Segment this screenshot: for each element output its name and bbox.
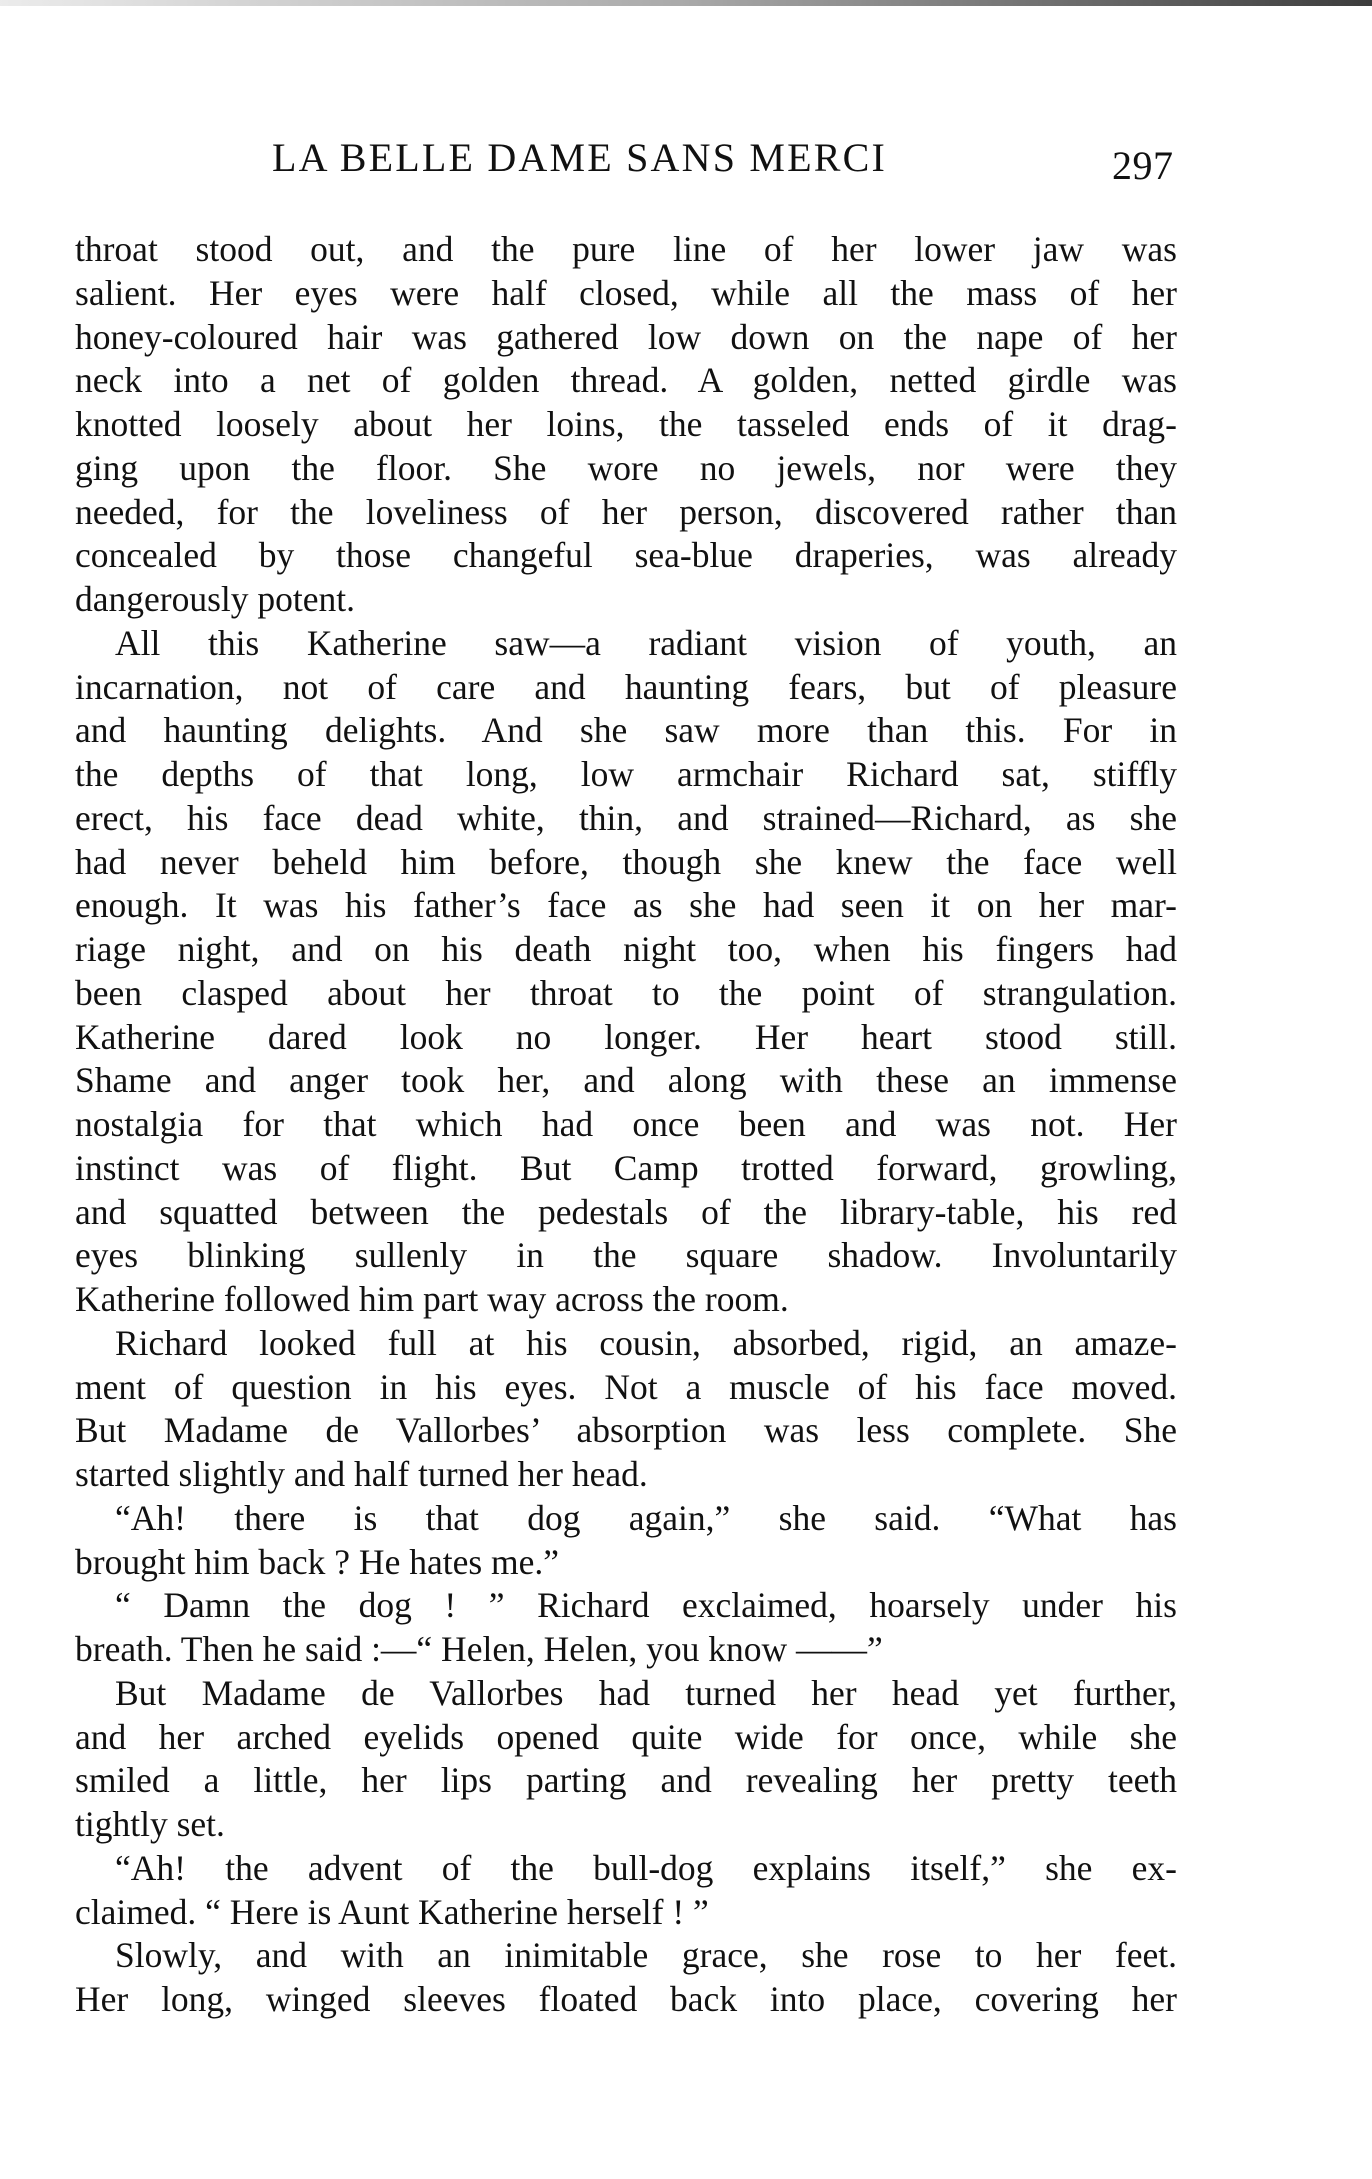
text-line: started slightly and half turned her hea…	[75, 1453, 1177, 1497]
text-line: Shame and anger took her, and along with…	[75, 1059, 1177, 1103]
text-line: dangerously potent.	[75, 578, 1177, 622]
text-line: erect, his face dead white, thin, and st…	[75, 797, 1177, 841]
text-line: brought him back ? He hates me.”	[75, 1541, 1177, 1585]
text-line: and haunting delights. And she saw more …	[75, 709, 1177, 753]
text-line: Slowly, and with an inimitable grace, sh…	[75, 1934, 1177, 1978]
text-line: Katherine dared look no longer. Her hear…	[75, 1016, 1177, 1060]
text-line: But Madame de Vallorbes had turned her h…	[75, 1672, 1177, 1716]
text-line: claimed. “ Here is Aunt Katherine hersel…	[75, 1891, 1177, 1935]
text-line: “Ah! the advent of the bull-dog explains…	[75, 1847, 1177, 1891]
text-line: tightly set.	[75, 1803, 1177, 1847]
text-line: been clasped about her throat to the poi…	[75, 972, 1177, 1016]
text-line: needed, for the loveliness of her person…	[75, 491, 1177, 535]
text-line: smiled a little, her lips parting and re…	[75, 1759, 1177, 1803]
text-line: throat stood out, and the pure line of h…	[75, 228, 1177, 272]
text-line: had never beheld him before, though she …	[75, 841, 1177, 885]
text-line: nostalgia for that which had once been a…	[75, 1103, 1177, 1147]
text-line: and squatted between the pedestals of th…	[75, 1191, 1177, 1235]
text-line: Richard looked full at his cousin, absor…	[75, 1322, 1177, 1366]
text-line: honey-coloured hair was gathered low dow…	[75, 316, 1177, 360]
text-line: the depths of that long, low armchair Ri…	[75, 753, 1177, 797]
page-number: 297	[1112, 144, 1174, 188]
text-line: Katherine followed him part way across t…	[75, 1278, 1177, 1322]
text-line: “Ah! there is that dog again,” she said.…	[75, 1497, 1177, 1541]
text-line: ging upon the floor. She wore no jewels,…	[75, 447, 1177, 491]
text-line: salient. Her eyes were half closed, whil…	[75, 272, 1177, 316]
text-line: All this Katherine saw—a radiant vision …	[75, 622, 1177, 666]
running-title: LA BELLE DAME SANS MERCI	[272, 136, 977, 180]
text-line: breath. Then he said :—“ Helen, Helen, y…	[75, 1628, 1177, 1672]
text-line: But Madame de Vallorbes’ absorption was …	[75, 1409, 1177, 1453]
text-line: riage night, and on his death night too,…	[75, 928, 1177, 972]
text-line: and her arched eyelids opened quite wide…	[75, 1716, 1177, 1760]
text-line: enough. It was his father’s face as she …	[75, 884, 1177, 928]
text-line: “ Damn the dog ! ” Richard exclaimed, ho…	[75, 1584, 1177, 1628]
running-head: LA BELLE DAME SANS MERCI 297	[0, 0, 1372, 200]
text-line: ment of question in his eyes. Not a musc…	[75, 1366, 1177, 1410]
text-line: Her long, winged sleeves floated back in…	[75, 1978, 1177, 2022]
text-line: neck into a net of golden thread. A gold…	[75, 359, 1177, 403]
text-line: instinct was of flight. But Camp trotted…	[75, 1147, 1177, 1191]
text-line: incarnation, not of care and haunting fe…	[75, 666, 1177, 710]
body-text: throat stood out, and the pure line of h…	[75, 228, 1177, 2022]
text-line: concealed by those changeful sea-blue dr…	[75, 534, 1177, 578]
text-line: eyes blinking sullenly in the square sha…	[75, 1234, 1177, 1278]
text-line: knotted loosely about her loins, the tas…	[75, 403, 1177, 447]
